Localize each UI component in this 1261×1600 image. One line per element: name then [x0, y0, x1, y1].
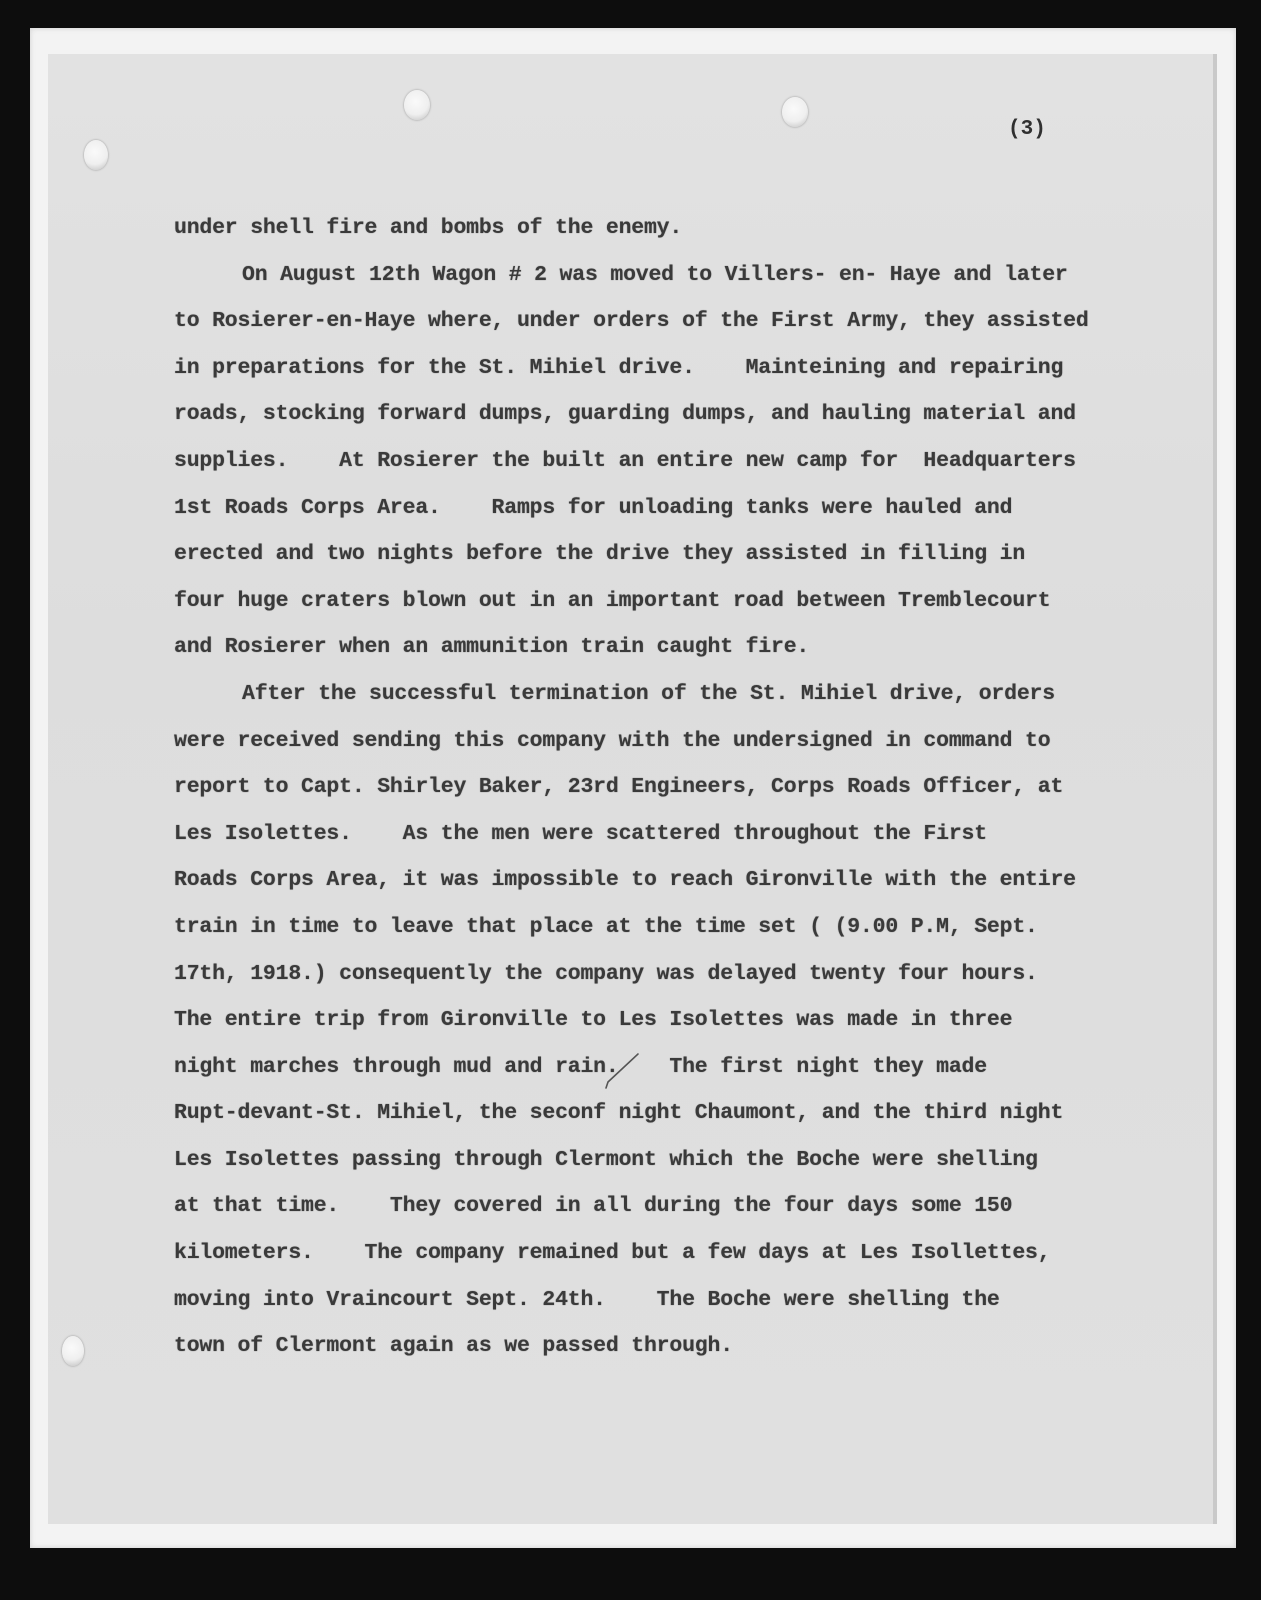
punch-hole-margin-top — [84, 140, 108, 170]
page-number: (3) — [1008, 118, 1046, 141]
text-line: supplies. At Rosierer the built an entir… — [174, 438, 1184, 485]
text-line: and Rosierer when an ammunition train ca… — [174, 624, 1184, 671]
text-line: in preparations for the St. Mihiel drive… — [174, 345, 1184, 392]
text-line: under shell fire and bombs of the enemy. — [174, 205, 1184, 252]
text-line: town of Clermont again as we passed thro… — [174, 1323, 1184, 1370]
text-line: night marches through mud and rain. The … — [174, 1044, 1184, 1091]
text-line: kilometers. The company remained but a f… — [174, 1230, 1184, 1277]
text-line: Roads Corps Area, it was impossible to r… — [174, 857, 1184, 904]
text-line: 17th, 1918.) consequently the company wa… — [174, 951, 1184, 998]
text-line: Les Isolettes passing through Clermont w… — [174, 1137, 1184, 1184]
text-line: roads, stocking forward dumps, guarding … — [174, 391, 1184, 438]
handwritten-check-mark-icon — [602, 1052, 642, 1092]
text-line: report to Capt. Shirley Baker, 23rd Engi… — [174, 764, 1184, 811]
text-line: The entire trip from Gironville to Les I… — [174, 997, 1184, 1044]
text-line: at that time. They covered in all during… — [174, 1183, 1184, 1230]
typed-text-body: under shell fire and bombs of the enemy.… — [174, 205, 1184, 1370]
text-line: On August 12th Wagon # 2 was moved to Vi… — [174, 252, 1184, 299]
text-line: After the successful termination of the … — [174, 671, 1184, 718]
text-line: to Rosierer-en-Haye where, under orders … — [174, 298, 1184, 345]
text-line: erected and two nights before the drive … — [174, 531, 1184, 578]
text-line: Rupt-devant-St. Mihiel, the seconf night… — [174, 1090, 1184, 1137]
text-line: 1st Roads Corps Area. Ramps for unloadin… — [174, 485, 1184, 532]
text-line: four huge craters blown out in an import… — [174, 578, 1184, 625]
punch-hole-top-left — [404, 90, 430, 120]
text-line: Les Isolettes. As the men were scattered… — [174, 811, 1184, 858]
text-line: moving into Vraincourt Sept. 24th. The B… — [174, 1277, 1184, 1324]
text-line: were received sending this company with … — [174, 718, 1184, 765]
text-line: train in time to leave that place at the… — [174, 904, 1184, 951]
punch-hole-margin-bottom — [62, 1336, 84, 1366]
punch-hole-top-right — [782, 97, 808, 127]
